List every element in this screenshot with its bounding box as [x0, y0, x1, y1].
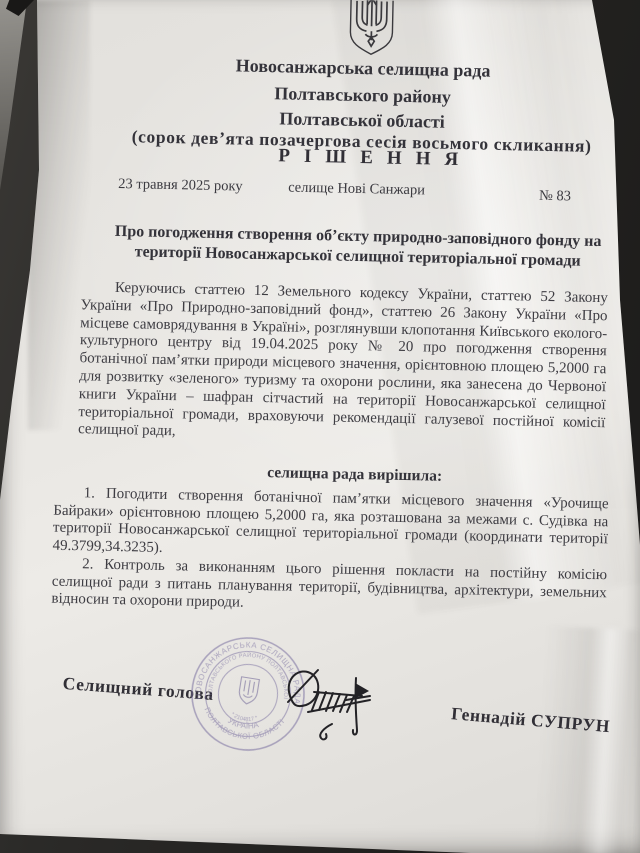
- handwritten-signature: [274, 656, 392, 752]
- date-row: 23 травня 2025 року селище Нові Санжари …: [38, 174, 613, 186]
- stamp-tryzub-icon: [238, 677, 260, 705]
- preamble-paragraph: Керуючись статтею 12 Земельного кодексу …: [78, 279, 608, 450]
- signatory-name: Геннадій СУПРУН: [450, 703, 610, 737]
- decision-number: № 83: [539, 188, 571, 206]
- council-name: Новосанжарська селищна рада: [110, 53, 615, 85]
- photo-of-document: Новосанжарська селищна рада Полтавського…: [0, 0, 640, 853]
- underlying-sheet-edge: [0, 0, 34, 200]
- ukraine-tryzub-emblem-icon: [343, 0, 400, 57]
- decision-item-2: 2. Контроль за виконанням цього рішення …: [51, 556, 607, 620]
- resolved-heading: селищна рада вирішила:: [102, 461, 607, 490]
- decision-title: Про погодження створення об’єкту природн…: [93, 221, 624, 271]
- decision-place: селище Нові Санжари: [288, 180, 425, 200]
- decision-item-1: 1. Погодити створення ботанічної пам’ятк…: [52, 485, 608, 567]
- decision-date: 23 травня 2025 року: [118, 176, 243, 196]
